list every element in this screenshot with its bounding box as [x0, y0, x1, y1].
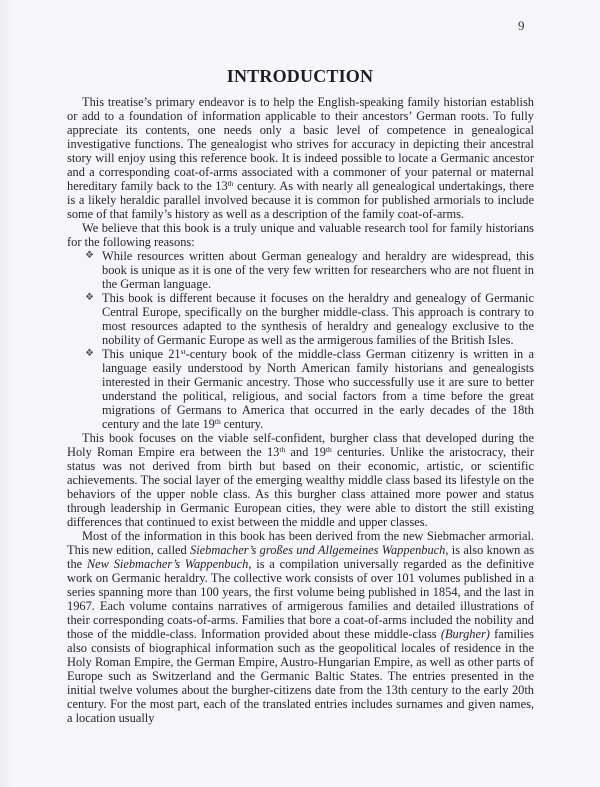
text: This unique 21 — [102, 347, 181, 361]
page-number: 9 — [518, 18, 525, 34]
book-title-italic: New Siebmacher’s Wappenbuch, — [87, 557, 252, 571]
paragraph-intro: This treatise’s primary endeavor is to h… — [67, 95, 534, 221]
list-item: ❖ While resources written about German g… — [67, 249, 534, 291]
text: and 19 — [285, 445, 326, 459]
document-body: This treatise’s primary endeavor is to h… — [67, 95, 534, 725]
ornament-bullet-icon: ❖ — [85, 347, 94, 361]
text: families also consists of biographical i… — [67, 627, 534, 725]
text: This book is different because it focuse… — [102, 291, 534, 347]
ornament-bullet-icon: ❖ — [85, 291, 94, 305]
paragraph-reasons: We believe that this book is a truly uni… — [67, 221, 534, 249]
book-title-italic: Siebmacher’s großes und Allgemeines Wapp… — [190, 543, 448, 557]
paragraph-siebmacher: Most of the information in this book has… — [67, 529, 534, 725]
list-item: ❖ This unique 21st-century book of the m… — [67, 347, 534, 431]
paragraph-burgher-class: This book focuses on the viable self-con… — [67, 431, 534, 529]
page-title: INTRODUCTION — [0, 66, 600, 87]
document-page: 9 INTRODUCTION This treatise’s primary e… — [0, 0, 600, 787]
text: While resources written about German gen… — [102, 249, 534, 291]
term-italic: (Burgher) — [441, 627, 490, 641]
text: century. — [221, 417, 264, 431]
list-item: ❖ This book is different because it focu… — [67, 291, 534, 347]
reasons-list: ❖ While resources written about German g… — [67, 249, 534, 431]
ornament-bullet-icon: ❖ — [85, 249, 94, 263]
